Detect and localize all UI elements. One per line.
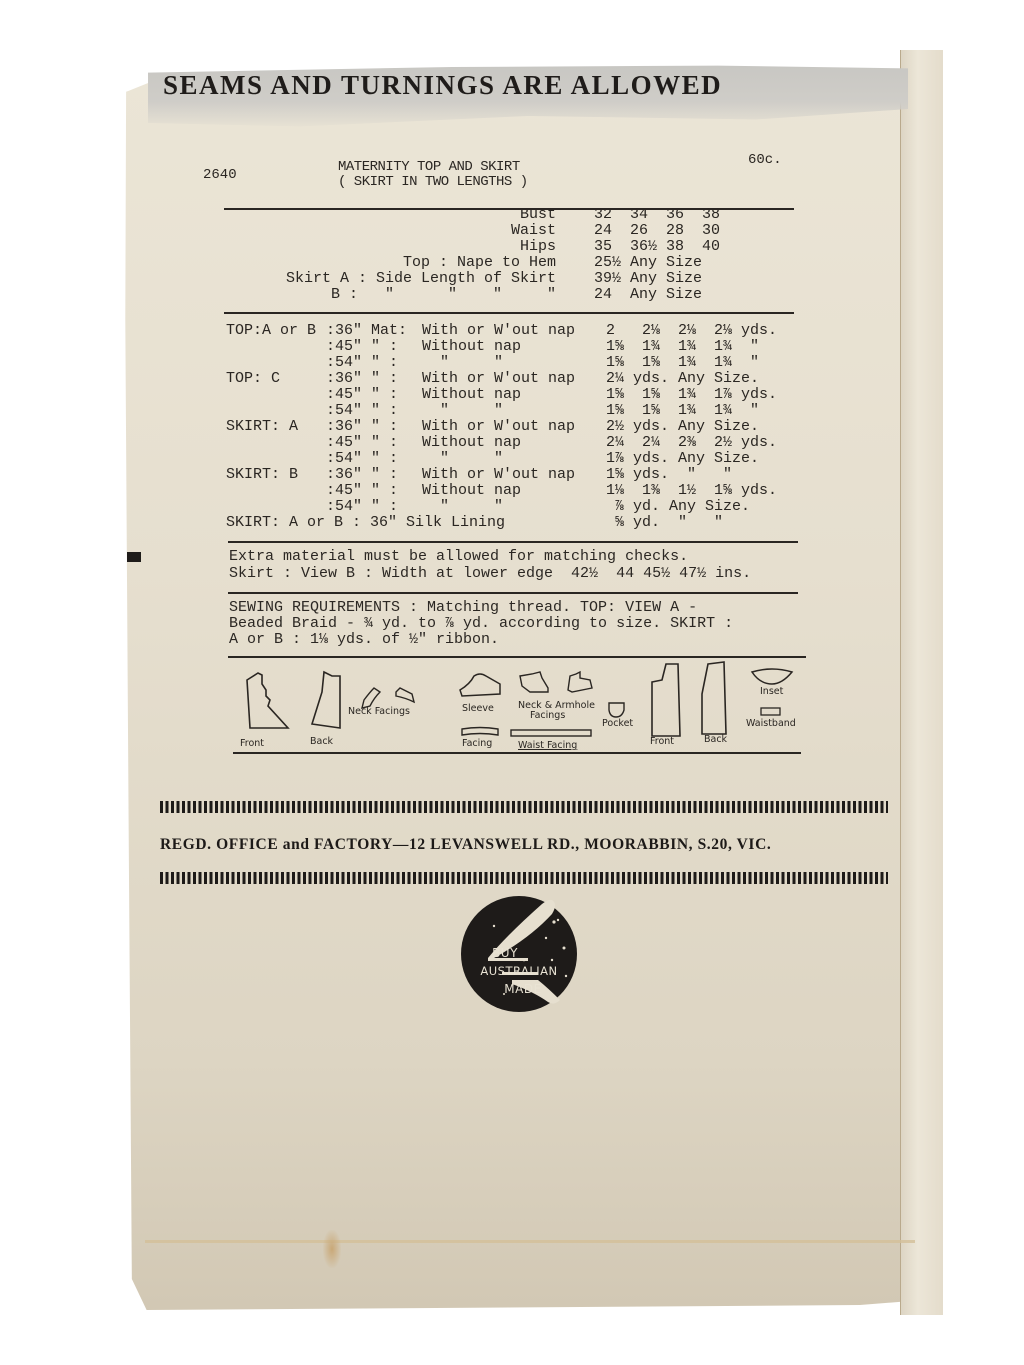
waist-facing-piece-icon <box>510 729 594 737</box>
piece-label-facing: Facing <box>462 738 492 749</box>
sewing-requirements-line3: A or B : 1⅛ yds. of ½" ribbon. <box>229 632 499 648</box>
measure-label: Waist <box>511 223 556 239</box>
pocket-piece-icon <box>608 702 626 718</box>
skirt-front-piece-icon <box>650 662 682 740</box>
measure-label: B : " " " " <box>331 287 556 303</box>
envelope-side-flap <box>900 50 943 1315</box>
buy-australian-made-logo: BUY AUSTRALIAN MADE <box>454 888 584 1018</box>
divider <box>228 656 806 658</box>
sleeve-piece-icon <box>458 672 502 698</box>
piece-label-back: Back <box>310 736 333 747</box>
pattern-price: 60c. <box>748 152 782 168</box>
seams-banner: SEAMS AND TURNINGS ARE ALLOWED <box>163 70 863 101</box>
neck-armhole-facing-piece-icon <box>518 670 602 698</box>
logo-text-australian: AUSTRALIAN <box>454 964 584 978</box>
divider <box>233 752 801 754</box>
piece-label-waistband: Waistband <box>746 718 796 729</box>
pattern-title: MATERNITY TOP AND SKIRT <box>338 159 520 175</box>
divider <box>228 541 798 543</box>
pattern-number: 2640 <box>203 167 237 183</box>
measure-values: 39½ Any Size <box>594 271 702 287</box>
pattern-pieces-diagram: Front Back Neck Facings Sleeve Facing Ne… <box>230 660 810 755</box>
decorative-bar-top <box>160 801 888 813</box>
pattern-subtitle: ( SKIRT IN TWO LENGTHS ) <box>338 174 528 190</box>
waistband-piece-icon <box>760 707 782 716</box>
divider <box>224 312 794 314</box>
measure-label: Skirt A : Side Length of Skirt <box>286 271 556 287</box>
company-address: REGD. OFFICE and FACTORY—12 LEVANSWELL R… <box>160 836 900 854</box>
piece-label-skirt-back: Back <box>704 734 727 745</box>
measure-values: 35 36½ 38 40 <box>594 239 720 255</box>
measure-label: Hips <box>520 239 556 255</box>
front-bodice-piece-icon <box>244 670 292 730</box>
piece-label-neck-facings: Neck Facings <box>348 706 410 717</box>
measure-values: 24 26 28 30 <box>594 223 720 239</box>
piece-label-waist-facing: Waist Facing <box>518 740 577 751</box>
piece-label-skirt-front: Front <box>650 736 674 747</box>
piece-label-neck-armhole-2: Facings <box>530 710 565 721</box>
facing-piece-icon <box>460 726 500 738</box>
sewing-requirements-line2: Beaded Braid - ¾ yd. to ⅞ yd. according … <box>229 616 733 632</box>
divider <box>228 592 798 594</box>
back-bodice-piece-icon <box>308 668 348 732</box>
piece-label-inset: Inset <box>760 686 783 697</box>
inset-piece-icon <box>750 668 794 686</box>
measure-values: 25½ Any Size <box>594 255 702 271</box>
envelope-bottom-fold <box>145 1240 915 1243</box>
logo-text-buy: BUY <box>440 946 570 960</box>
paper-stain <box>323 1230 341 1268</box>
measure-values: 32 34 36 38 <box>594 207 720 223</box>
logo-text-made: MADE <box>458 982 588 996</box>
sewing-requirements: SEWING REQUIREMENTS : Matching thread. T… <box>229 600 697 616</box>
measure-label: Bust <box>520 207 556 223</box>
side-marker <box>127 552 141 562</box>
measure-label: Top : Nape to Hem <box>403 255 556 271</box>
skirt-back-piece-icon <box>700 660 730 740</box>
piece-label-front: Front <box>240 738 264 749</box>
piece-label-pocket: Pocket <box>602 718 633 729</box>
piece-label-sleeve: Sleeve <box>462 703 494 714</box>
checks-note: Extra material must be allowed for match… <box>229 549 688 565</box>
decorative-bar-bottom <box>160 872 888 884</box>
skirt-width-note: Skirt : View B : Width at lower edge 42½… <box>229 566 751 582</box>
measure-values: 24 Any Size <box>594 287 702 303</box>
